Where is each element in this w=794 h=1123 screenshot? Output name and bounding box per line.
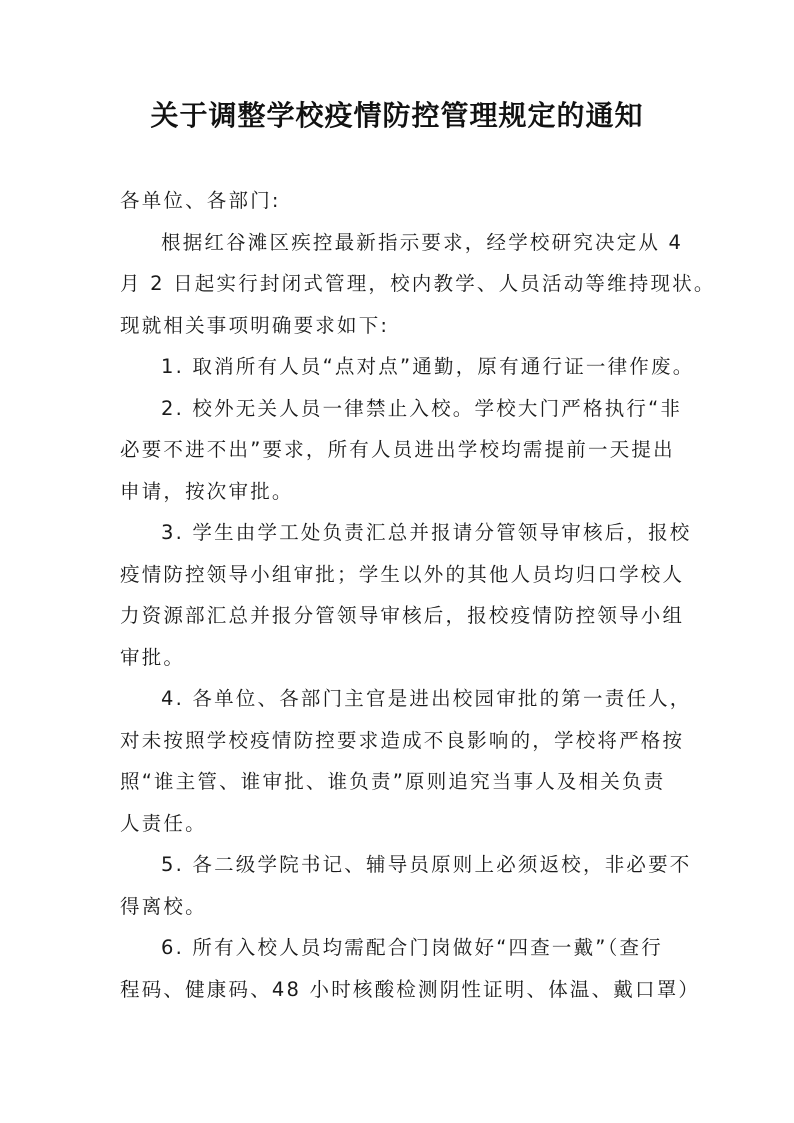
document-body: 各单位、各部门: 根据红谷滩区疾控最新指示要求，经学校研究决定从 4 月 2 日… bbox=[120, 180, 680, 1010]
item-2-line: 必要不进不出”要求，所有人员进出学校均需提前一天提出 bbox=[120, 429, 680, 471]
item-3-line: 力资源部汇总并报分管领导审核后，报校疫情防控领导小组 bbox=[120, 595, 680, 637]
item-6-line: 程码、健康码、48 小时核酸检测阴性证明、体温、戴口罩） bbox=[120, 969, 680, 1011]
item-4-line: 4. 各单位、各部门主官是进出校园审批的第一责任人， bbox=[120, 678, 680, 720]
document-page: 关于调整学校疫情防控管理规定的通知 各单位、各部门: 根据红谷滩区疾控最新指示要… bbox=[0, 0, 794, 1123]
paragraph-line: 月 2 日起实行封闭式管理，校内教学、人员活动等维持现状。 bbox=[120, 263, 680, 305]
item-5-line: 5. 各二级学院书记、辅导员原则上必须返校，非必要不 bbox=[120, 844, 680, 886]
item-4-line: 照“谁主管、谁审批、谁负责”原则追究当事人及相关负责 bbox=[120, 761, 680, 803]
document-title: 关于调整学校疫情防控管理规定的通知 bbox=[0, 96, 794, 136]
item-4-line: 对未按照学校疫情防控要求造成不良影响的，学校将严格按 bbox=[120, 720, 680, 762]
item-1-line: 1. 取消所有人员“点对点”通勤，原有通行证一律作废。 bbox=[120, 346, 680, 388]
paragraph-line: 根据红谷滩区疾控最新指示要求，经学校研究决定从 4 bbox=[120, 222, 680, 264]
item-3-line: 审批。 bbox=[120, 637, 680, 679]
item-2-line: 2. 校外无关人员一律禁止入校。学校大门严格执行“非 bbox=[120, 388, 680, 430]
paragraph-line: 现就相关事项明确要求如下: bbox=[120, 305, 680, 347]
item-3-line: 疫情防控领导小组审批；学生以外的其他人员均归口学校人 bbox=[120, 554, 680, 596]
item-6-line: 6. 所有入校人员均需配合门岗做好“四查一戴”（查行 bbox=[120, 927, 680, 969]
item-4-line: 人责任。 bbox=[120, 803, 680, 845]
item-3-line: 3. 学生由学工处负责汇总并报请分管领导审核后，报校 bbox=[120, 512, 680, 554]
salutation: 各单位、各部门: bbox=[120, 180, 680, 222]
item-2-line: 申请，按次审批。 bbox=[120, 471, 680, 513]
item-5-line: 得离校。 bbox=[120, 886, 680, 928]
